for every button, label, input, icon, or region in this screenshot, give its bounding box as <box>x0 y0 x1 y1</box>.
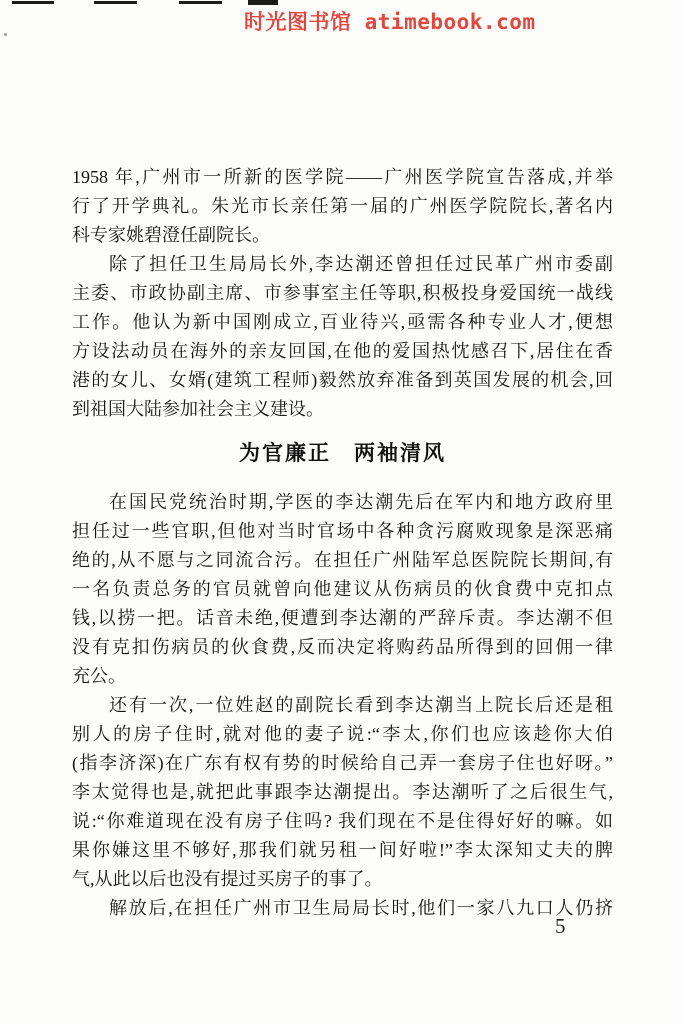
text-line: 港的女儿、女婿(建筑工程师)毅然放弃准备到英国发展的机会,回 <box>72 366 613 395</box>
text-line: 别人的房子住时,就对他的妻子说:“李太,你们也应该趁你大伯 <box>72 720 613 749</box>
paragraph-4: 还有一次,一位姓赵的副院长看到李达潮当上院长后还是租 别人的房子住时,就对他的妻… <box>72 691 613 894</box>
text-line: 主委、市政协副主席、市参事室主任等职,积极投身爱国统一战线 <box>72 279 613 308</box>
page-number: 5 <box>555 914 566 939</box>
scan-dash-artifact <box>179 1 222 4</box>
text-line: 气,从此以后也没有提过买房子的事了。 <box>72 865 613 894</box>
section-heading: 为官廉正 两袖清风 <box>72 438 613 468</box>
scan-dash-artifact <box>12 1 54 4</box>
text-line: 除了担任卫生局局长外,李达潮还曾担任过民革广州市委副 <box>72 250 613 279</box>
text-line: 1958 年,广州市一所新的医学院——广州医学院宣告落成,并举 <box>72 163 613 192</box>
paragraph-3: 在国民党统治时期,学医的李达潮先后在军内和地方政府里 担任过一些官职,但他对当时… <box>72 488 613 691</box>
text-line: 没有克扣伤病员的伙食费,反而决定将购药品所得到的回佣一律 <box>72 633 613 662</box>
page-text: 1958 年,广州市一所新的医学院——广州医学院宣告落成,并举 行了开学典礼。朱… <box>72 163 613 923</box>
text-line: 李太觉得也是,就把此事跟李达潮提出。李达潮听了之后很生气, <box>72 778 613 807</box>
text-line: (指李济深)在广东有权有势的时候给自己弄一套房子住也好呀。” <box>72 749 613 778</box>
scanned-book-page: 时光图书馆 atimebook.com 1958 年,广州市一所新的医学院——广… <box>0 0 683 1024</box>
text-line: 一名负责总务的官员就曾向他建议从伤病员的伙食费中克扣点 <box>72 575 613 604</box>
scan-dash-artifact <box>248 0 278 5</box>
text-line: 果你嫌这里不够好,那我们就另租一间好啦!”李太深知丈夫的脾 <box>72 836 613 865</box>
text-line: 担任过一些官职,但他对当时官场中各种贪污腐败现象是深恶痛 <box>72 517 613 546</box>
watermark: 时光图书馆 atimebook.com <box>244 6 536 36</box>
text-line: 到祖国大陆参加社会主义建设。 <box>72 395 613 424</box>
scan-speck-artifact <box>4 33 7 36</box>
text-line: 工作。他认为新中国刚成立,百业待兴,亟需各种专业人才,便想 <box>72 308 613 337</box>
text-line: 绝的,从不愿与之同流合污。在担任广州陆军总医院院长期间,有 <box>72 546 613 575</box>
paragraph-5: 解放后,在担任广州市卫生局局长时,他们一家八九口人仍挤 <box>72 894 613 923</box>
paragraph-2: 除了担任卫生局局长外,李达潮还曾担任过民革广州市委副 主委、市政协副主席、市参事… <box>72 250 613 424</box>
scan-dash-artifact <box>94 1 137 4</box>
text-line: 解放后,在担任广州市卫生局局长时,他们一家八九口人仍挤 <box>72 894 613 923</box>
text-line: 方设法动员在海外的亲友回国,在他的爱国热忱感召下,居住在香 <box>72 337 613 366</box>
text-line: 还有一次,一位姓赵的副院长看到李达潮当上院长后还是租 <box>72 691 613 720</box>
text-line: 钱,以捞一把。话音未绝,便遭到李达潮的严辞斥责。李达潮不但 <box>72 604 613 633</box>
text-line: 说:“你难道现在没有房子住吗? 我们现在不是住得好好的嘛。如 <box>72 807 613 836</box>
paragraph-1: 1958 年,广州市一所新的医学院——广州医学院宣告落成,并举 行了开学典礼。朱… <box>72 163 613 250</box>
text-line: 科专家姚碧澄任副院长。 <box>72 221 613 250</box>
text-line: 在国民党统治时期,学医的李达潮先后在军内和地方政府里 <box>72 488 613 517</box>
text-line: 充公。 <box>72 662 613 691</box>
text-line: 行了开学典礼。朱光市长亲任第一届的广州医学院院长,著名内 <box>72 192 613 221</box>
watermark-text: 时光图书馆 atimebook.com <box>244 10 536 34</box>
